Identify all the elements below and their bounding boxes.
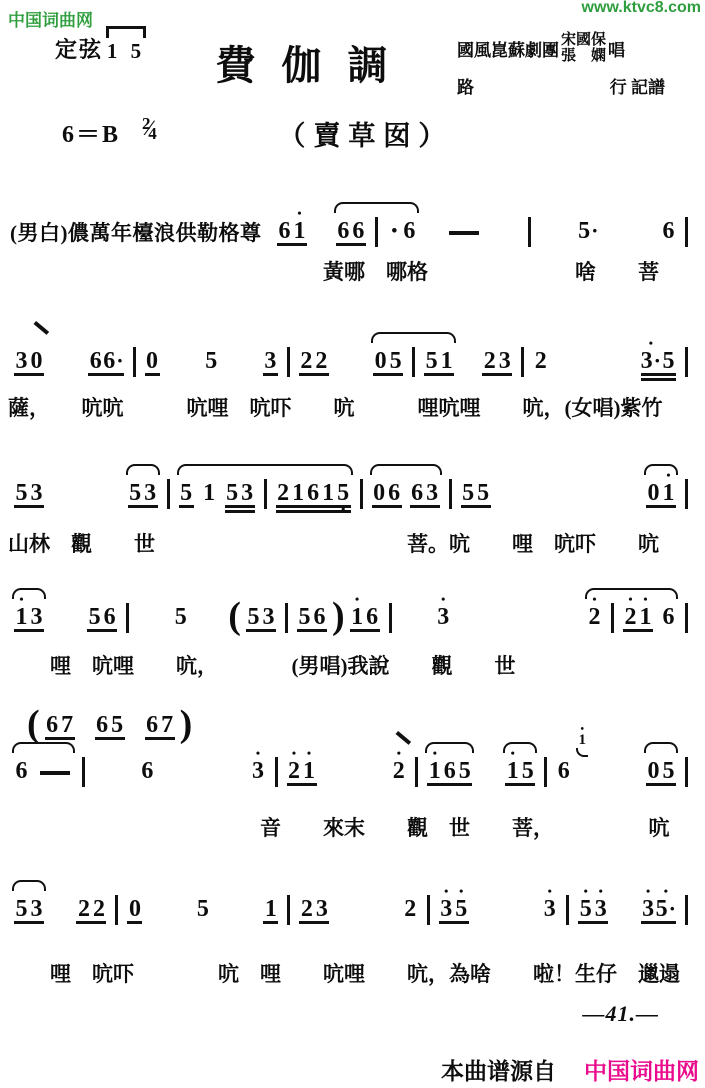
note-digit: 6 (366, 604, 378, 630)
note: 6 (410, 471, 425, 515)
note: 5 (520, 749, 535, 793)
credits-transcriber-rest: 行 記譜 (610, 73, 665, 98)
barline (685, 603, 688, 633)
note-digit: 6 (662, 218, 674, 244)
note-digit: 1 (441, 348, 453, 374)
note-digit: 6 (558, 758, 570, 784)
note: 5 (128, 471, 143, 515)
beam-line (427, 783, 472, 786)
slide-mark-icon (396, 731, 411, 745)
note-group: 30 (13, 339, 45, 383)
note-digit: 5 (16, 480, 28, 506)
octave-dot-above: • (459, 887, 463, 896)
subtitle: （賣草囡） (278, 121, 453, 151)
augmentation-dot: · (654, 348, 661, 374)
note-digit: 5 (129, 480, 141, 506)
note-digit: 6 (141, 758, 153, 784)
note: 2 (533, 339, 548, 383)
note-group: 2 (402, 887, 419, 931)
credits-performer-1: 宋國保 (561, 32, 606, 48)
barline (685, 479, 688, 509)
note-digit: 0 (648, 480, 660, 506)
barline (285, 603, 288, 633)
note-digit: 1 (265, 896, 277, 922)
score-page: 中国词曲网 www.ktvc8.com 定弦 1 5 費伽調 國風崑蘇劇團 宋國… (0, 0, 705, 1088)
note-digit: 5 (16, 896, 28, 922)
note-digit: 0 (647, 758, 659, 784)
note-group: 51 (423, 339, 455, 383)
beam-line (76, 921, 106, 924)
note-group: 53 (224, 471, 256, 515)
note: •3 (251, 749, 266, 793)
credits-transcriber-surname: 路 (457, 73, 474, 98)
barline (412, 347, 415, 377)
note-group: •16 (349, 595, 381, 639)
credits-block: 國風崑蘇劇團 宋國保 張 嫻 唱 路 行 記譜 (457, 32, 695, 98)
note-group: •2•1 (622, 595, 654, 639)
note-digit: • (391, 218, 397, 244)
beam-line (263, 921, 278, 924)
slide-mark-icon (34, 321, 49, 335)
note: •3· (641, 339, 661, 383)
note-digit: 5 (247, 604, 259, 630)
beam-line (578, 921, 608, 924)
beam-line (299, 373, 329, 376)
note: 3 (261, 595, 276, 639)
barline (360, 479, 363, 509)
note-digit: 0 (375, 348, 387, 374)
note-digit: 6 (307, 480, 319, 506)
note-group-slurred: 53 (127, 471, 159, 515)
note-group: 2 (532, 339, 549, 383)
barline (415, 757, 418, 787)
note-digit: 3 (144, 480, 156, 506)
note-digit: 5 (477, 480, 489, 506)
note-digit: 2 (315, 348, 327, 374)
score-line: 3066·053220551232•3·5薩， 吭吭 吭哩 吭吓 吭 哩吭哩 吭… (0, 339, 705, 421)
note-digit: 6 (352, 218, 364, 244)
barline (389, 603, 392, 633)
score-line: (男白)儂萬年檯浪供勒格尊 6•166•65·6 黃哪 哪格 啥 菩 (0, 209, 705, 285)
note-digit: 2 (589, 604, 601, 630)
note: 6 (140, 749, 155, 793)
octave-dot-above: • (628, 595, 632, 604)
barline (528, 217, 531, 247)
note: •5 (454, 887, 469, 931)
score-line: 5353515321615•0663550•1山林 觀 世 菩。吭 哩 吭吓 吭 (0, 471, 705, 557)
note: 5 (424, 339, 439, 383)
note: •2 (287, 749, 302, 793)
barline (133, 347, 136, 377)
note: •3 (439, 887, 454, 931)
watermark-site-url: www.ktvc8.com (582, 0, 701, 17)
note-digit: 5 (459, 758, 471, 784)
note: 5 (195, 887, 210, 931)
octave-dot-above: • (592, 595, 596, 604)
octave-dot-above: • (297, 209, 301, 218)
note-group: 55 (460, 471, 492, 515)
note-digit: 3 (440, 896, 452, 922)
lyrics-line: 哩 吭哩 吭， (男唱)我說 觀 世 (0, 653, 705, 679)
note-group-slurred: 0•1 (645, 471, 677, 515)
note: 6· (103, 339, 123, 383)
note-digit: 5 (111, 712, 123, 738)
page-number: —41.— (0, 1001, 705, 1027)
tuning-notes: 1 5 (107, 39, 145, 64)
note-digit: 1 (351, 604, 363, 630)
tuning-notes-wrap: 1 5 (106, 26, 146, 64)
note-group: 53 (13, 471, 45, 515)
note-group: 5· (577, 209, 599, 253)
octave-dot-above: • (584, 887, 588, 896)
note-digit: 3 (252, 758, 264, 784)
note-digit: 5 (462, 480, 474, 506)
barline (544, 757, 547, 787)
note-digit: 0 (31, 348, 43, 374)
note-digit: 6 (46, 712, 58, 738)
note-digit: 5 (89, 604, 101, 630)
credits-row-performers: 國風崑蘇劇團 宋國保 張 嫻 唱 (457, 32, 695, 64)
note: •2 (391, 749, 406, 793)
grace-phrase-line: (676567) (26, 703, 193, 747)
note-digit: 5 (205, 348, 217, 374)
note-digit: 5 (197, 896, 209, 922)
notation-line: 5353515321615•0663550•1 (0, 471, 705, 515)
slur-span: 66•6 (332, 209, 421, 253)
note: 5 (179, 471, 194, 515)
note-digit: 3 (642, 896, 654, 922)
slur-span: 515321615• (175, 471, 355, 515)
augmentation-dot: · (669, 896, 676, 922)
note: 6 (95, 703, 110, 747)
beam-line (623, 629, 653, 632)
octave-dot-above: • (292, 749, 296, 758)
barline (685, 217, 688, 247)
note: 3 (263, 339, 278, 383)
note-digit: 2 (93, 896, 105, 922)
note: 5 (204, 339, 219, 383)
note: 1 (263, 887, 278, 931)
note-group: •6 (386, 209, 418, 253)
barline (685, 347, 688, 377)
note-group: •5•3 (577, 887, 609, 931)
note-digit: 5 (180, 480, 192, 506)
beam-line (410, 505, 440, 508)
note-group: 5 (203, 339, 220, 383)
octave-dot-above: • (355, 595, 359, 604)
beam-line (646, 783, 676, 786)
note: 2 (403, 887, 418, 931)
note: •3 (593, 887, 608, 931)
note-group: 21615• (275, 471, 352, 515)
duration-dash (449, 231, 479, 235)
note-digit: 2 (393, 758, 405, 784)
beam-line (461, 505, 491, 508)
score-line: (676567)66•3•2•1•2•165•156•105 音 來末 觀 世 … (0, 679, 705, 841)
note-digit: 3 (437, 604, 449, 630)
note-digit: 2 (484, 348, 496, 374)
note: 6 (365, 595, 380, 639)
note: •5· (656, 887, 676, 931)
note: 2 (91, 887, 106, 931)
note: •3 (641, 887, 656, 931)
note: •1 (638, 595, 653, 639)
score: (男白)儂萬年檯浪供勒格尊 6•166•65·6 黃哪 哪格 啥 菩3066·0… (0, 209, 705, 987)
note-digit: 6 (388, 480, 400, 506)
note-digit: 6 (146, 712, 158, 738)
note: 3 (314, 887, 329, 931)
note-digit: 3 (316, 896, 328, 922)
note-group: 65 (94, 703, 126, 747)
note-digit: 3· (641, 348, 661, 374)
beam-line (299, 921, 329, 924)
note: •5 (578, 887, 593, 931)
note: •1 (427, 749, 442, 793)
note-group: 22 (298, 339, 330, 383)
beam-line (14, 505, 44, 508)
note-group-slurred: 53 (13, 887, 45, 931)
note: 5 (110, 703, 125, 747)
watermark-site-name: 中国词曲网 (8, 6, 93, 31)
note-digit: 2 (404, 896, 416, 922)
beam-line (641, 921, 676, 924)
note-group: 67 (144, 703, 176, 747)
note: 0 (127, 887, 142, 931)
note-digit: 2 (277, 480, 289, 506)
note-digit: 5 (175, 604, 187, 630)
credits-performer-names: 宋國保 張 嫻 (561, 32, 606, 64)
note-group: •3•5· (640, 887, 677, 931)
note-group: 0 (126, 887, 143, 931)
note-digit: 6 (411, 480, 423, 506)
note-digit: 6 (663, 604, 675, 630)
note-group: 06 (371, 471, 403, 515)
beam-line-2 (225, 510, 255, 513)
note-digit: 6· (103, 348, 123, 374)
note-group: •3·5 (640, 339, 677, 383)
note: 6 (387, 471, 402, 515)
lyrics-line: 音 來末 觀 世 菩， 吭 (0, 815, 705, 841)
note-digit: 2 (300, 348, 312, 374)
note: 5 (661, 749, 676, 793)
note: •1 (292, 209, 307, 253)
note: 3 (497, 339, 512, 383)
note-digit: 5 (226, 480, 238, 506)
note: 7 (160, 703, 175, 747)
note-group: 56 (296, 595, 328, 639)
note: 0 (29, 339, 44, 383)
note: 0 (372, 471, 387, 515)
note-group: 23 (481, 339, 513, 383)
note-digit: 1 (507, 758, 519, 784)
octave-dot-above: • (511, 749, 515, 758)
note: 3 (425, 471, 440, 515)
note: •1 (14, 595, 29, 639)
subtitle-wrap: （賣草囡） (157, 114, 695, 153)
beam-line (350, 629, 380, 632)
barline (167, 479, 170, 509)
note-group: 05 (372, 339, 404, 383)
note: 0 (373, 339, 388, 383)
note: 5 (14, 887, 29, 931)
time-signature-denominator: 4 (148, 124, 157, 143)
barline (685, 895, 688, 925)
note: 2 (314, 339, 329, 383)
note-digit: 5 (455, 896, 467, 922)
beam-line (277, 243, 307, 246)
note-digit: 6 (96, 712, 108, 738)
score-header: 定弦 1 5 費伽調 國風崑蘇劇團 宋國保 張 嫻 唱 路 行 記譜 (0, 26, 705, 98)
note-group: •2 (390, 749, 407, 793)
note: 6 (442, 749, 457, 793)
note-group: 1 (201, 471, 218, 515)
note-digit: 5· (578, 218, 598, 244)
note: •3 (436, 595, 451, 639)
note: 0 (646, 749, 661, 793)
note: 6 (14, 749, 29, 793)
note: 1 (321, 471, 336, 515)
barline (375, 217, 378, 247)
slur-span: 0551 (369, 339, 458, 383)
note-digit: 2 (535, 348, 547, 374)
note-group: 3 (262, 339, 279, 383)
footer-source-name: 中国词曲网 (584, 1053, 699, 1086)
note: 5· (578, 209, 598, 253)
note-group: 66· (87, 339, 124, 383)
note: 5 (87, 595, 102, 639)
note-digit: 1 (429, 758, 441, 784)
note: 5 (225, 471, 240, 515)
note: 6 (277, 209, 292, 253)
key-row: 6＝B 2∕4 （賣草囡） (0, 114, 705, 153)
octave-dot-above: • (397, 749, 401, 758)
note: 0 (646, 471, 661, 515)
note: 6 (336, 209, 351, 253)
note: 3 (14, 339, 29, 383)
credits-sung-by: 唱 (608, 36, 625, 61)
note: 6 (661, 595, 676, 639)
barline (685, 757, 688, 787)
octave-dot-above: • (599, 887, 603, 896)
note: 1 (439, 339, 454, 383)
footer-source-prefix: 本曲谱源自 (441, 1053, 556, 1086)
footer-source: 本曲谱源自 中国词曲网 (441, 1053, 699, 1086)
note-digit: 3 (499, 348, 511, 374)
note-digit: 2 (625, 604, 637, 630)
note-group-slurred: •15 (504, 749, 536, 793)
note-digit: 3 (31, 604, 43, 630)
lyrics-line: 哩 吭吓 吭 哩 吭哩 吭，為啥 啦！生仔 邋遢 (0, 961, 705, 987)
lyrics-line: 黃哪 哪格 啥 菩 (0, 259, 705, 285)
note: 6 (145, 703, 160, 747)
note: 5 (246, 595, 261, 639)
note-digit: 2 (288, 758, 300, 784)
note-digit: 3 (241, 480, 253, 506)
octave-dot-above: • (444, 887, 448, 896)
note: 5 (476, 471, 491, 515)
beam-line (287, 783, 317, 786)
note-digit: 6 (279, 218, 291, 244)
note-digit: 5· (656, 896, 676, 922)
note-group-slurred: 05 (645, 749, 677, 793)
note-digit: 3 (31, 896, 43, 922)
note-group: •2•1 (286, 749, 318, 793)
note-group: •2 (586, 595, 603, 639)
note-group: •3 (541, 887, 558, 931)
slur-span: 6 (10, 749, 77, 793)
note-digit: 3 (426, 480, 438, 506)
barline (427, 895, 430, 925)
note: 6 (88, 339, 103, 383)
note: 2 (76, 887, 91, 931)
beam-line (505, 783, 535, 786)
beam-line (641, 373, 676, 376)
barline (287, 347, 290, 377)
augmentation-dot: · (591, 218, 598, 244)
beam-line (14, 629, 44, 632)
note-digit: 5 (522, 758, 534, 784)
grace-digit: 1 (578, 734, 586, 747)
note: 5 (461, 471, 476, 515)
score-line: •13565(5356)•16•3•2•2•16 哩 吭哩 吭， (男唱)我說 … (0, 595, 705, 679)
barline (275, 757, 278, 787)
note-digit: 7 (61, 712, 73, 738)
octave-dot-above: • (256, 749, 260, 758)
note-digit: 3 (595, 896, 607, 922)
beam-line (14, 921, 44, 924)
title-wrap: 費伽調 (146, 26, 457, 91)
note: 2 (299, 339, 314, 383)
note-digit: 5 (663, 348, 675, 374)
note-digit: 0 (129, 896, 141, 922)
note: •1 (350, 595, 365, 639)
note: 3 (143, 471, 158, 515)
note-digit: 1 (203, 480, 215, 506)
barline (264, 479, 267, 509)
notation-line: (男白)儂萬年檯浪供勒格尊 6•166•65·6 (0, 209, 705, 253)
octave-dot-above: • (643, 595, 647, 604)
score-line: 5322051232•3•5•3•5•3•3•5· 哩 吭吓 吭 哩 吭哩 吭，… (0, 887, 705, 987)
beam-line (297, 629, 327, 632)
key-signature: 6＝B (62, 114, 120, 149)
note-group: 5 (172, 595, 189, 639)
beam-line (482, 373, 512, 376)
note-group: 6 (13, 749, 30, 793)
grace-hook-icon (576, 748, 588, 757)
tuning-label: 定弦 (55, 33, 103, 64)
lyrics-line: 薩， 吭吭 吭哩 吭吓 吭 哩吭哩 吭，(女唱)紫竹 (0, 395, 705, 421)
note-digit: 1 (322, 480, 334, 506)
beam-line (424, 373, 454, 376)
note: 5 (661, 339, 676, 383)
beam-line (128, 505, 158, 508)
beam-line (145, 373, 160, 376)
augmentation-dot: · (116, 348, 123, 374)
note-digit: 1 (294, 218, 306, 244)
note-digit: 0 (146, 348, 158, 374)
note-digit: 1 (303, 758, 315, 784)
note: •1 (302, 749, 317, 793)
spoken-text: (男白)儂萬年檯浪供勒格尊 (10, 217, 273, 247)
octave-dot-above: • (664, 887, 668, 896)
note: 2 (482, 339, 497, 383)
barline (521, 347, 524, 377)
octave-dot-above: • (441, 595, 445, 604)
song-title: 費伽調 (172, 34, 457, 91)
note: 5 (297, 595, 312, 639)
barline (449, 479, 452, 509)
parenthesis: ( (27, 703, 40, 745)
